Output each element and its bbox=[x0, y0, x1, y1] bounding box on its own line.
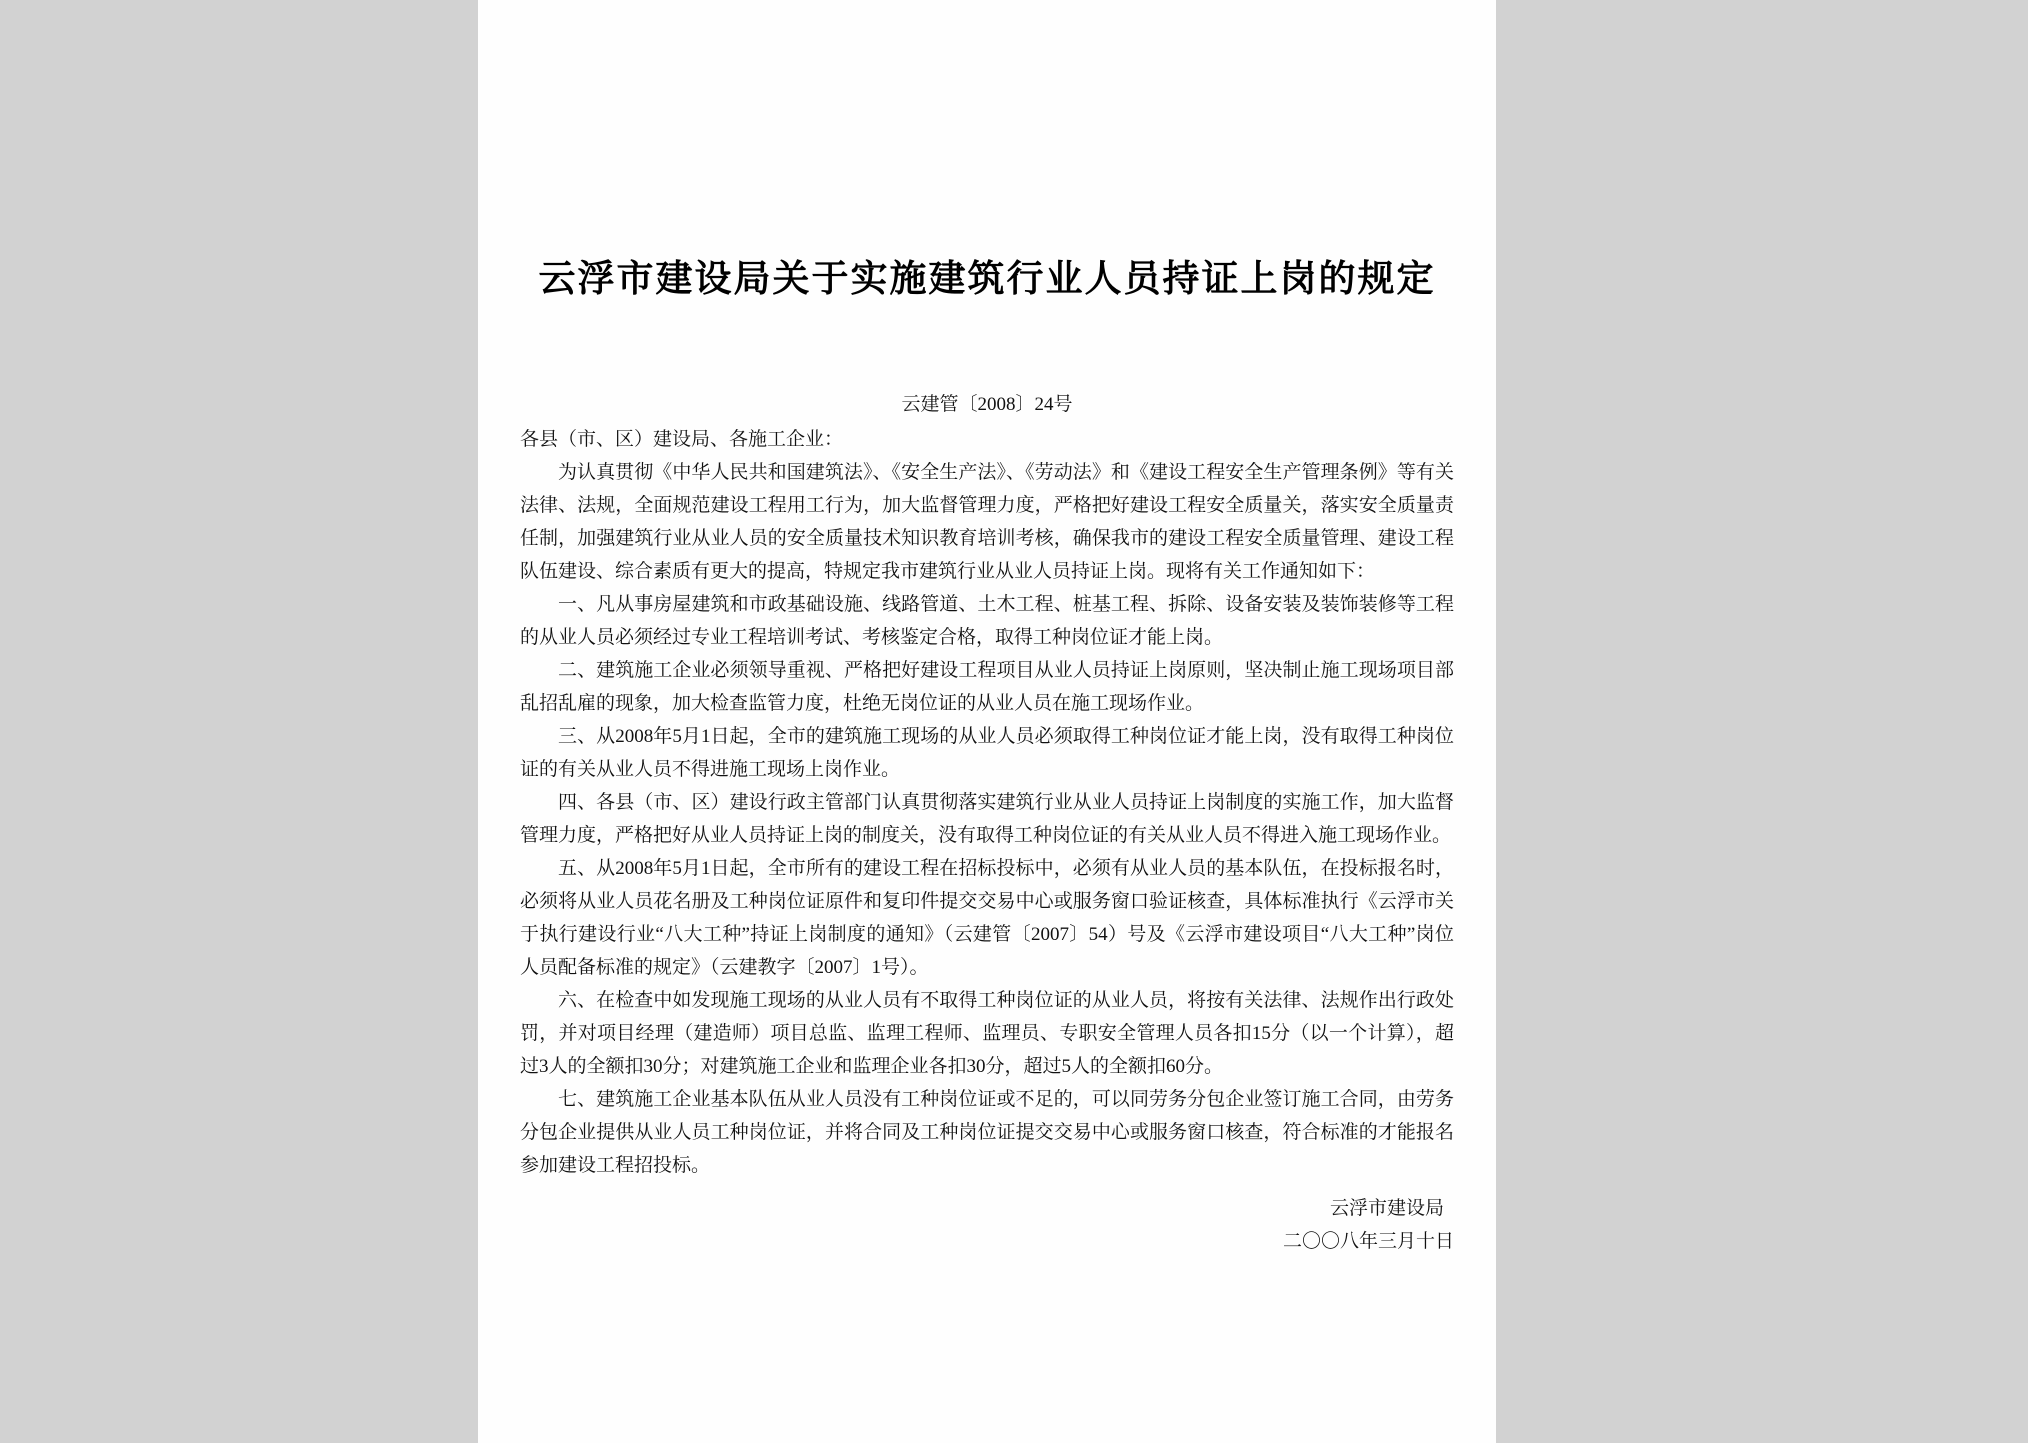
paragraph-item-6: 六、在检查中如发现施工现场的从业人员有不取得工种岗位证的从业人员，将按有关法律、… bbox=[520, 984, 1454, 1083]
paragraph-item-3: 三、从2008年5月1日起，全市的建筑施工现场的从业人员必须取得工种岗位证才能上… bbox=[520, 720, 1454, 786]
signature-block: 云浮市建设局 二〇〇八年三月十日 bbox=[520, 1192, 1454, 1258]
document-canvas: 云浮市建设局关于实施建筑行业人员持证上岗的规定 云建管〔2008〕24号 各县（… bbox=[0, 0, 2028, 1443]
paragraph-item-5: 五、从2008年5月1日起，全市所有的建设工程在招标投标中，必须有从业人员的基本… bbox=[520, 852, 1454, 984]
signature-issuer: 云浮市建设局 bbox=[520, 1192, 1454, 1225]
document-content: 云浮市建设局关于实施建筑行业人员持证上岗的规定 云建管〔2008〕24号 各县（… bbox=[478, 256, 1496, 1258]
paragraph-item-4: 四、各县（市、区）建设行政主管部门认真贯彻落实建筑行业从业人员持证上岗制度的实施… bbox=[520, 786, 1454, 852]
document-page: 云浮市建设局关于实施建筑行业人员持证上岗的规定 云建管〔2008〕24号 各县（… bbox=[478, 0, 1496, 1443]
document-title: 云浮市建设局关于实施建筑行业人员持证上岗的规定 bbox=[520, 256, 1454, 304]
document-number: 云建管〔2008〕24号 bbox=[520, 388, 1454, 421]
paragraph-item-7: 七、建筑施工企业基本队伍从业人员没有工种岗位证或不足的，可以同劳务分包企业签订施… bbox=[520, 1083, 1454, 1182]
paragraph-item-1: 一、凡从事房屋建筑和市政基础设施、线路管道、土木工程、桩基工程、拆除、设备安装及… bbox=[520, 588, 1454, 654]
salutation-line: 各县（市、区）建设局、各施工企业： bbox=[520, 423, 1454, 456]
signature-date: 二〇〇八年三月十日 bbox=[520, 1225, 1454, 1258]
paragraph-intro: 为认真贯彻《中华人民共和国建筑法》、《安全生产法》、《劳动法》和《建设工程安全生… bbox=[520, 456, 1454, 588]
paragraph-item-2: 二、建筑施工企业必须领导重视、严格把好建设工程项目从业人员持证上岗原则，坚决制止… bbox=[520, 654, 1454, 720]
